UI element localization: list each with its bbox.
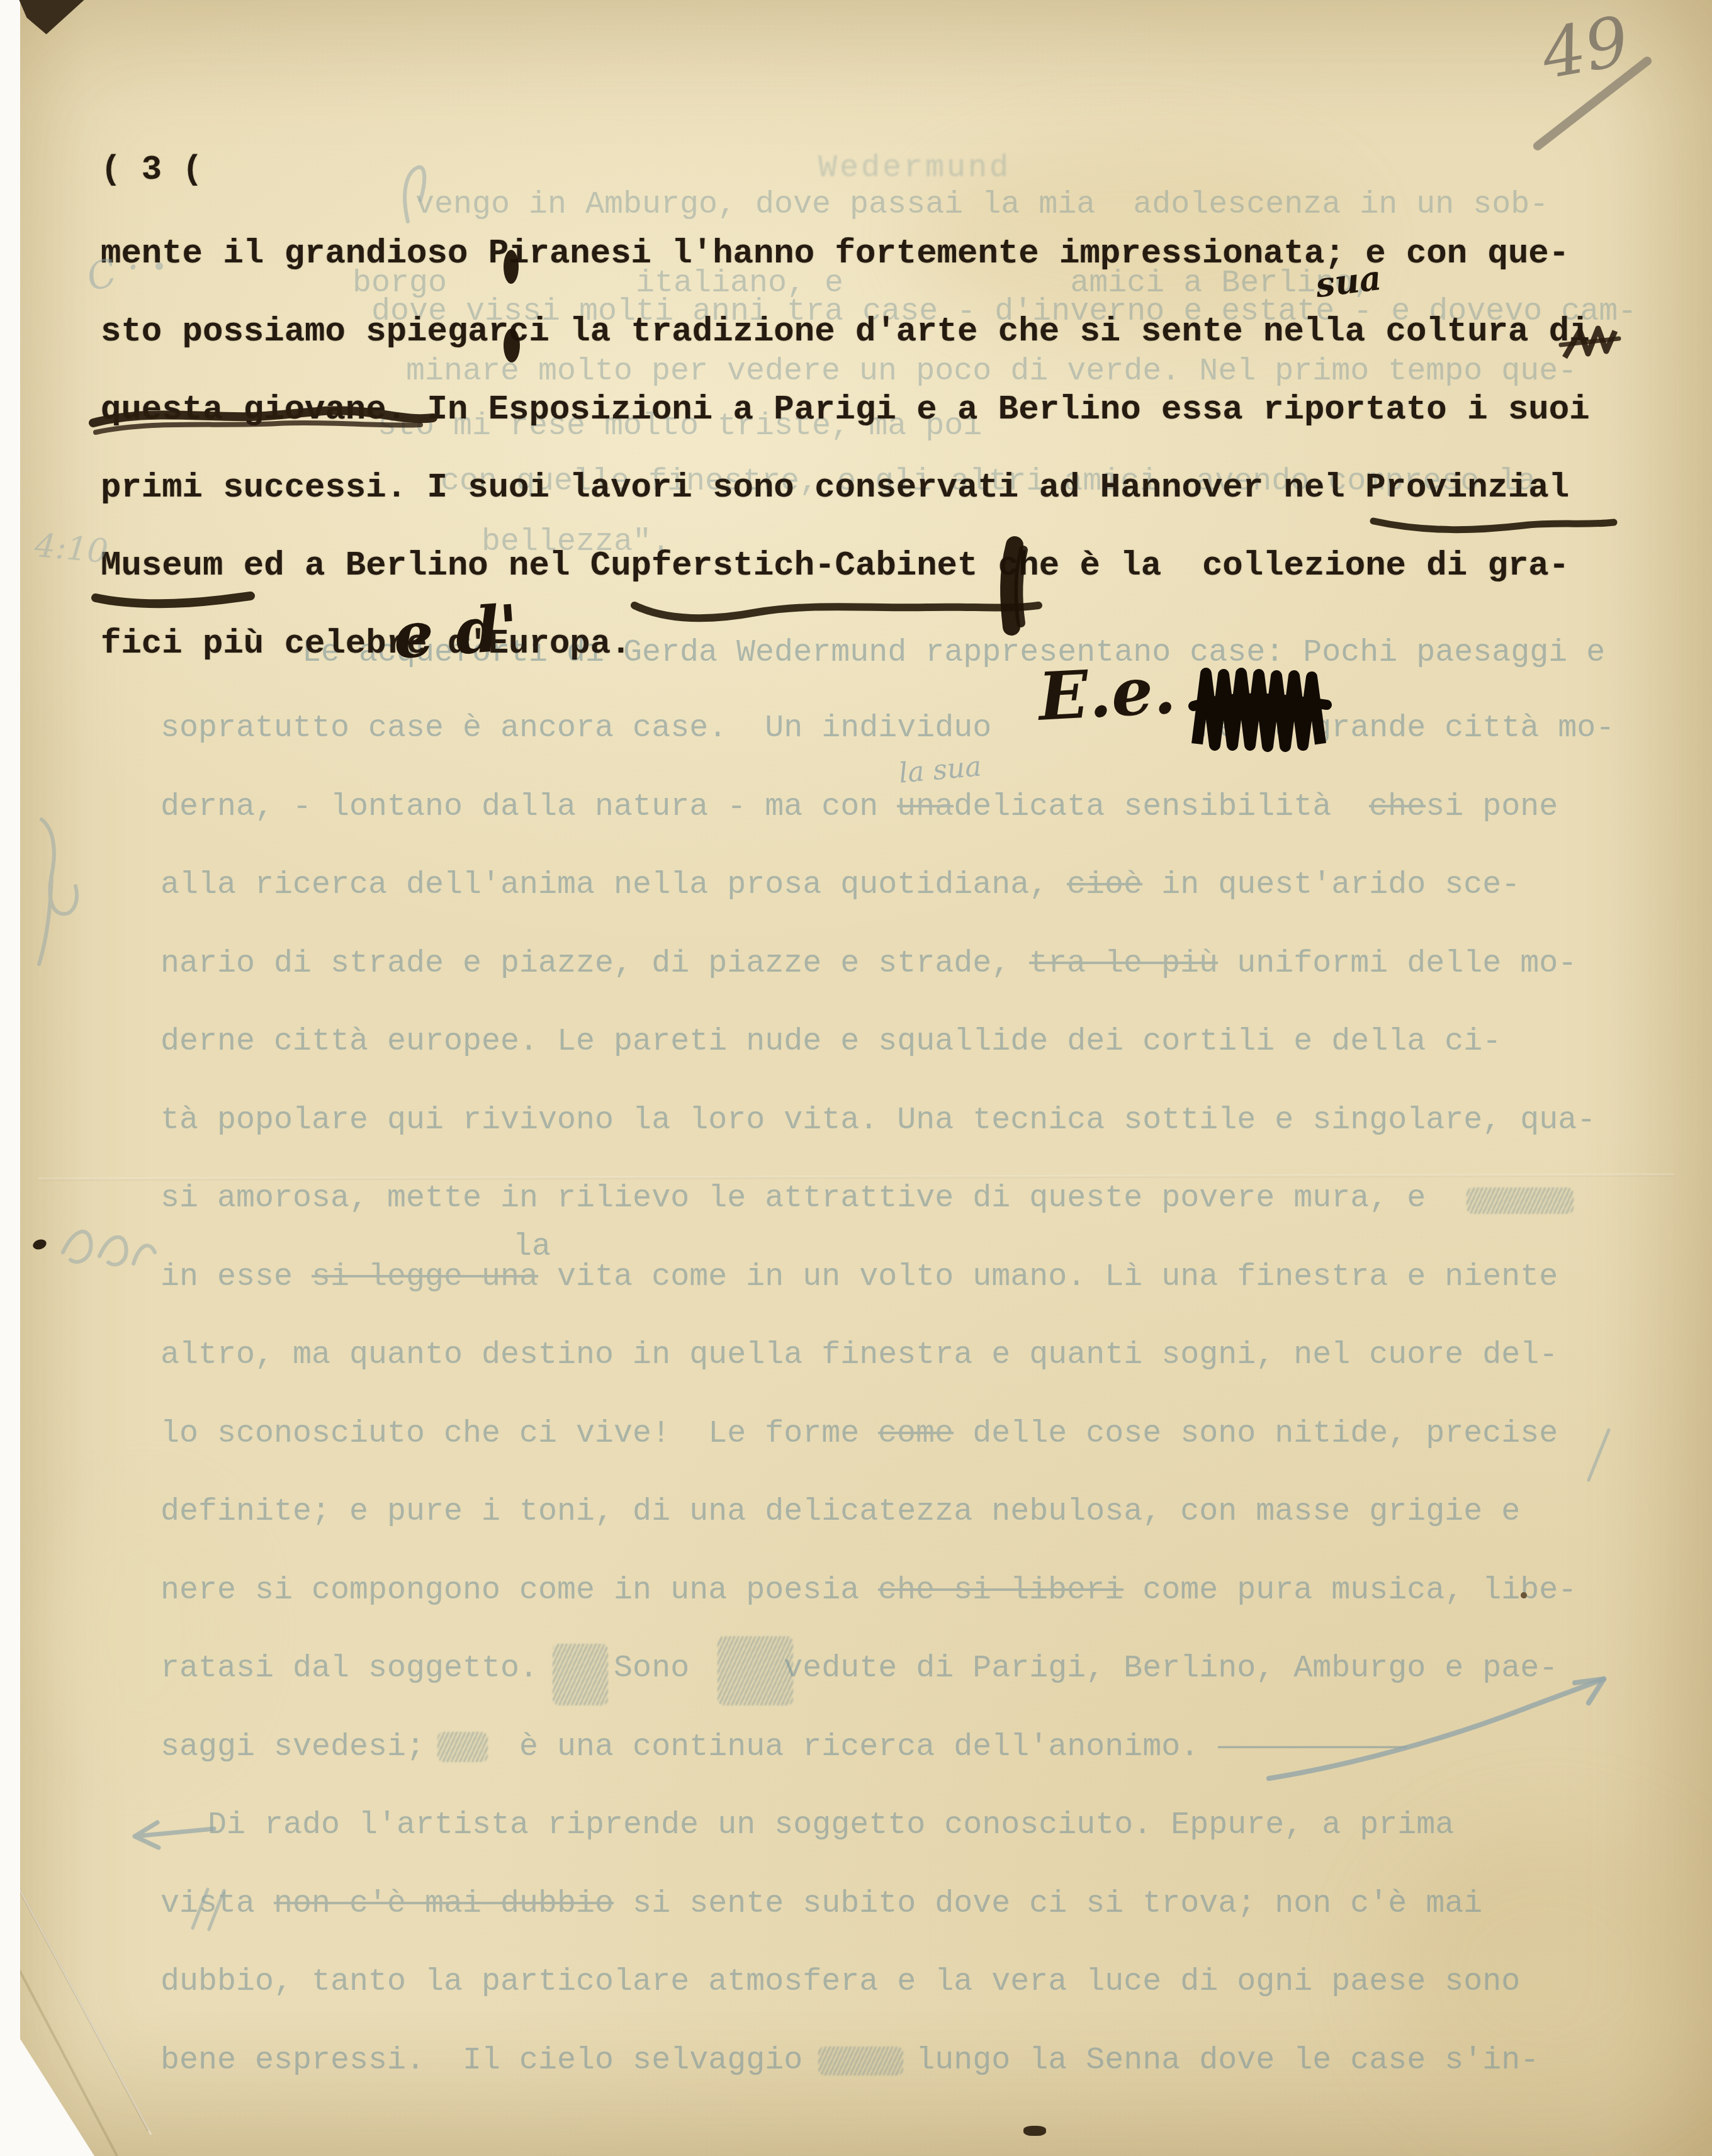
ghost-scribble — [718, 1636, 793, 1705]
ghost-struck-word: come — [878, 1418, 954, 1451]
ghost-line: ratasi dal soggetto. Sono vedute di Pari… — [160, 1653, 1558, 1686]
ghost-line: derna, - lontano dalla natura - ma con d… — [160, 791, 1558, 824]
ghost-line: Di rado l'artista riprende un soggetto c… — [208, 1809, 1454, 1843]
ghost-struck-word: che — [1369, 791, 1426, 824]
ghost-interline-insertion: la — [513, 1231, 551, 1264]
pencil-folio-number: 49 — [1536, 2, 1635, 94]
ghost-line: dubbio, tanto la particolare atmosfera e… — [160, 1966, 1520, 1999]
ink-initials-ee: E.e. — [1037, 651, 1178, 735]
ghost-line: tà popolare qui rivivono la loro vita. U… — [160, 1104, 1596, 1138]
ghost-line: altro, ma quanto destino in quella fines… — [160, 1339, 1558, 1373]
ghost-line: derne città europee. Le pareti nude e sq… — [160, 1026, 1501, 1059]
ghost-scribble — [818, 2047, 903, 2075]
ghost-struck-word: si legge una — [312, 1261, 538, 1294]
paper-fleck — [1521, 1592, 1527, 1598]
ghost-line: nere si compongono come in una poesia co… — [160, 1575, 1577, 1608]
ghost-struck-word: cioè — [1067, 869, 1142, 902]
ghost-scribble — [437, 1732, 488, 1762]
typed-line: Museum ed a Berlino nel Cupferstich-Cabi… — [101, 549, 1569, 585]
ghost-struck-word: tra le più — [1029, 948, 1218, 981]
typed-line: primi successi. I suoi lavori sono conse… — [101, 471, 1569, 507]
ink-overwrite-e-d: e d' — [391, 590, 521, 673]
ghost-line: alla ricerca dell'anima nella prosa quot… — [160, 869, 1520, 902]
ghost-struck-word: una — [897, 791, 954, 824]
bottom-mark — [1023, 2126, 1046, 2136]
ghost-line: minare molto per vedere un poco di verde… — [406, 356, 1577, 389]
ghost-line: si amorosa, mette in rilievo le attratti… — [160, 1182, 1426, 1216]
ghost-scribble — [1467, 1187, 1574, 1214]
ghost-line: vengo in Amburgo, dove passai la mia ado… — [415, 189, 1548, 222]
ghost-struck-word: non c'è mai dubbio — [274, 1888, 614, 1921]
pencil-margin-mark-ratio: 4:10 — [33, 527, 110, 571]
ghost-line: sopratutto case è ancora case. Un indivi… — [160, 712, 1614, 746]
ghost-line: nario di strade e piazze, di piazze e st… — [160, 948, 1577, 981]
ink-insertion-sua: sua — [1313, 257, 1383, 305]
ghost-scribble — [553, 1644, 608, 1705]
ghost-line: saggi svedesi; è una continua ricerca de… — [160, 1731, 1407, 1765]
ghost-line: lo sconosciuto che ci vive! Le forme del… — [160, 1418, 1558, 1451]
typed-page-number: ( 3 ( — [101, 153, 203, 189]
ghost-heading: Wedermund — [818, 152, 1011, 186]
typed-line: fici più celebre d'Europa. — [101, 627, 631, 663]
scan-edge-left — [0, 0, 20, 2156]
ghost-line: definite; e pure i toni, di una delicate… — [160, 1496, 1520, 1529]
typed-line: questa giovane. In Esposizioni a Parigi … — [101, 393, 1590, 429]
scanned-page: Wedermund vengo in Amburgo, dove passai … — [0, 0, 1712, 2156]
typed-line: sto possiamo spiegarci la tradizione d'a… — [101, 315, 1590, 351]
ghost-struck-word: che si liberi — [878, 1575, 1123, 1608]
